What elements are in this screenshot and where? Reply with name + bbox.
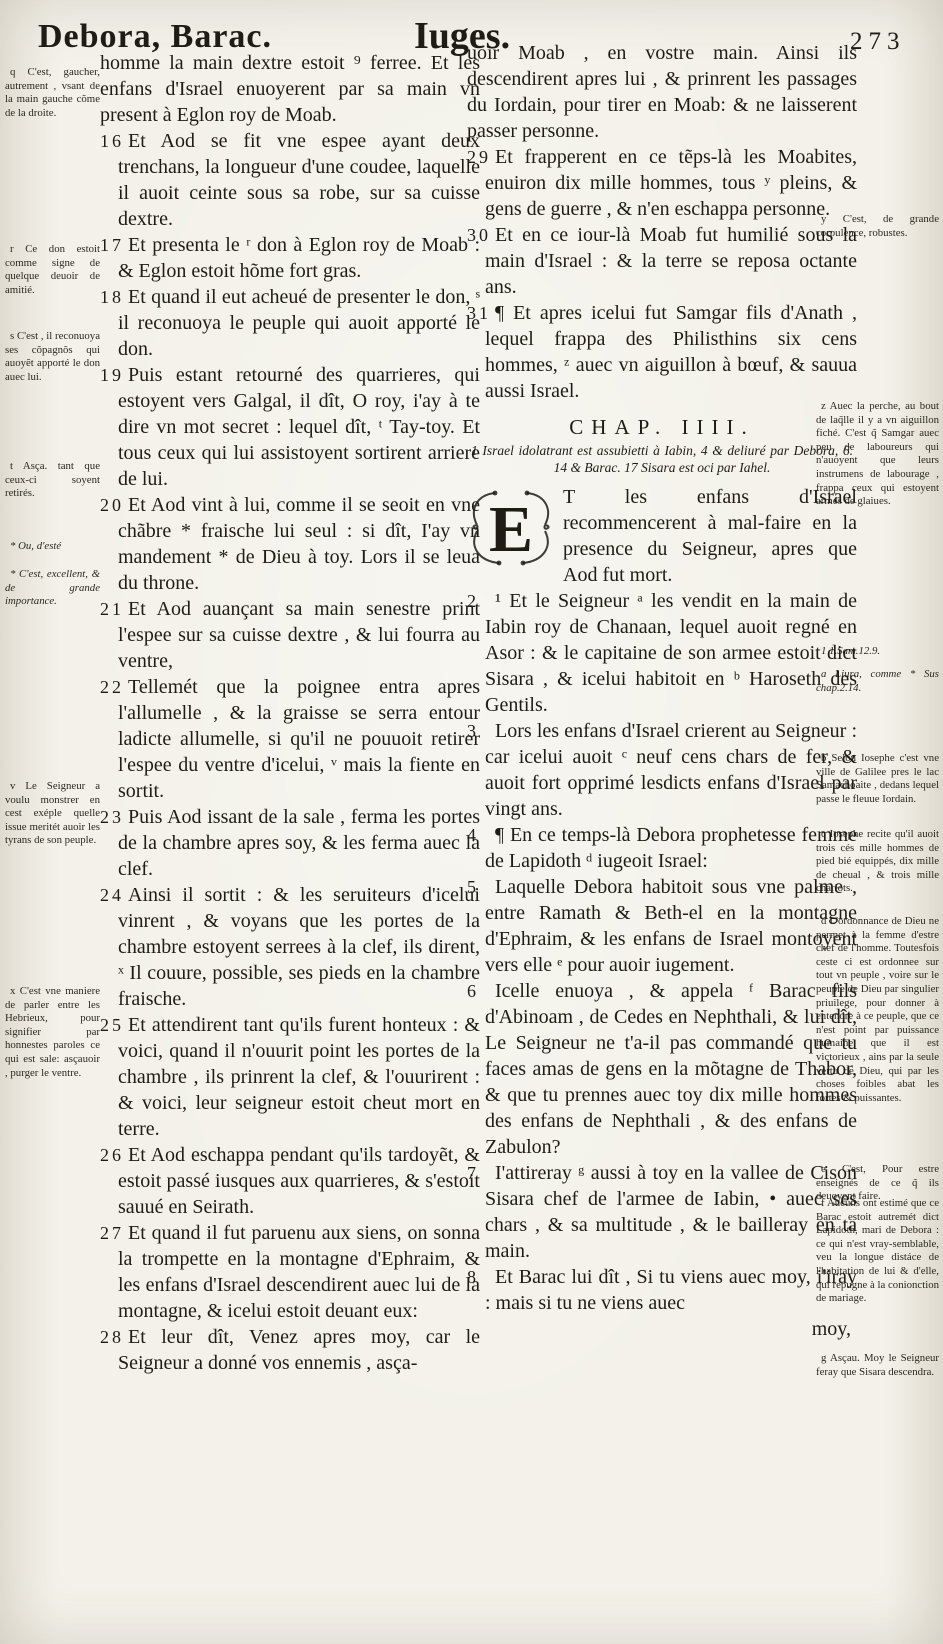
verse-paragraph: 5Laquelle Debora habitoit sous vne palme… bbox=[467, 874, 857, 978]
chapter-heading: CHAP. IIII. bbox=[467, 414, 857, 440]
chapter-argument: 1 Israel idolatrant est assubietti à Iab… bbox=[467, 442, 857, 476]
left-text-column: homme la main dextre estoit ⁹ ferree. Et… bbox=[100, 50, 480, 1376]
verse-text: I'attireray ᵍ aussi à toy en la vallee d… bbox=[485, 1162, 857, 1262]
verse-paragraph: 6Icelle enuoya , & appela ᶠ Barac fils d… bbox=[467, 978, 857, 1160]
margin-note: v Le Seigneur a voulu monstrer en cest e… bbox=[5, 780, 100, 848]
verse-text: Et frapperent en ce tẽps-là les Moabites… bbox=[485, 146, 857, 220]
verse-number: 29 bbox=[467, 144, 495, 170]
verse-paragraph: 31¶ Et apres icelui fut Samgar fils d'An… bbox=[467, 300, 857, 404]
verse-number: 3 bbox=[467, 718, 495, 744]
verse-text: ¹ Et le Seigneur ᵃ les vendit en la main… bbox=[485, 590, 857, 716]
verse-paragraph: 4¶ En ce temps-là Debora prophetesse fem… bbox=[467, 822, 857, 874]
verse-paragraph: 16Et Aod se fit vne espee ayant deux tre… bbox=[100, 128, 480, 232]
verse-number: 2 bbox=[467, 588, 495, 614]
svg-text:E: E bbox=[489, 493, 533, 566]
left-margin-notes: q C'est, gaucher, autrement , vsant de l… bbox=[5, 0, 100, 1644]
margin-note: * C'est, excellent, & de grande importan… bbox=[5, 568, 100, 609]
verse-number: 7 bbox=[467, 1160, 495, 1186]
verse-number: 31 bbox=[467, 300, 495, 326]
verse-paragraph: 23Puis Aod issant de la sale , ferma les… bbox=[100, 804, 480, 882]
verse-number: 25 bbox=[100, 1012, 128, 1038]
verse-paragraph: 24Ainsi il sortit : & les seruiteurs d'i… bbox=[100, 882, 480, 1012]
verse-number: 4 bbox=[467, 822, 495, 848]
verse-text: Ainsi il sortit : & les seruiteurs d'ice… bbox=[118, 884, 480, 1010]
drop-cap-initial: E bbox=[467, 487, 555, 567]
verse-text: Et en ce iour-là Moab fut humilié sous l… bbox=[485, 224, 857, 298]
drop-cap-ornament: E bbox=[467, 487, 555, 567]
verse-text: Puis Aod issant de la sale , ferma les p… bbox=[118, 806, 480, 880]
margin-note: t Asça. tant que ceux-ci soyent retirés. bbox=[5, 460, 100, 501]
verse-number: 18 bbox=[100, 284, 128, 310]
verse-paragraph: 18Et quand il eut acheué de presenter le… bbox=[100, 284, 480, 362]
verse-number: 26 bbox=[100, 1142, 128, 1168]
verse-text: Et leur dît, Venez apres moy, car le Sei… bbox=[118, 1326, 480, 1374]
verse-number: 20 bbox=[100, 492, 128, 518]
verse-text: Et Barac lui dît , Si tu viens auec moy,… bbox=[485, 1266, 857, 1314]
verse-text: Lors les enfans d'Israel crierent au Sei… bbox=[485, 720, 857, 820]
verse-paragraph: 29Et frapperent en ce tẽps-là les Moabit… bbox=[467, 144, 857, 222]
verse-paragraph: 21Et Aod auançant sa main senestre print… bbox=[100, 596, 480, 674]
page: Debora, Barac. Iuges. 273 q C'est, gauch… bbox=[0, 0, 943, 1644]
verse-number: 5 bbox=[467, 874, 495, 900]
verse-text: Et quand il eut acheué de presenter le d… bbox=[118, 286, 480, 360]
margin-note: * Ou, d'esté bbox=[5, 540, 100, 554]
verse-text: Icelle enuoya , & appela ᶠ Barac fils d'… bbox=[485, 980, 857, 1158]
margin-note: g Asçau. Moy le Seigneur feray que Sisar… bbox=[816, 1352, 939, 1379]
margin-note: s C'est , il reconuoya ses cõpagnõs qui … bbox=[5, 330, 100, 384]
verse-number: 22 bbox=[100, 674, 128, 700]
verse-text: Et Aod auançant sa main senestre print l… bbox=[118, 598, 480, 672]
verse-text: Et Aod eschappa pendant qu'ils tardoyẽt,… bbox=[118, 1144, 480, 1218]
verse-text: Puis estant retourné des quarrieres, qui… bbox=[118, 364, 480, 490]
verse-paragraph: uoir Moab , en vostre main. Ainsi ils de… bbox=[467, 40, 857, 144]
verse-paragraph: 26Et Aod eschappa pendant qu'ils tardoyẽ… bbox=[100, 1142, 480, 1220]
verse-paragraph: 28Et leur dît, Venez apres moy, car le S… bbox=[100, 1324, 480, 1376]
verse-number: 30 bbox=[467, 222, 495, 248]
verse-text: Et attendirent tant qu'ils furent honteu… bbox=[118, 1014, 480, 1140]
verse-paragraph: 25Et attendirent tant qu'ils furent hont… bbox=[100, 1012, 480, 1142]
verse-paragraph: 22Tellemét que la poignee entra apres l'… bbox=[100, 674, 480, 804]
verse-paragraph: 19Puis estant retourné des quarrieres, q… bbox=[100, 362, 480, 492]
verse-text: Et presenta le ʳ don à Eglon roy de Moab… bbox=[118, 234, 480, 282]
verse-text: Et Aod vint à lui, comme il se seoit en … bbox=[118, 494, 480, 594]
verse-text: Et Aod se fit vne espee ayant deux trenc… bbox=[118, 130, 480, 230]
verse-number: 17 bbox=[100, 232, 128, 258]
verse-paragraph: 2¹ Et le Seigneur ᵃ les vendit en la mai… bbox=[467, 588, 857, 718]
verse-number: 21 bbox=[100, 596, 128, 622]
verse-text: ¶ Et apres icelui fut Samgar fils d'Anat… bbox=[485, 302, 857, 402]
verse-paragraph: 8Et Barac lui dît , Si tu viens auec moy… bbox=[467, 1264, 857, 1316]
catchword: moy, bbox=[467, 1316, 857, 1342]
verse-text: Tellemét que la poignee entra apres l'al… bbox=[118, 676, 480, 802]
margin-note: x C'est vne maniere de parler entre les … bbox=[5, 985, 100, 1080]
margin-note: q C'est, gaucher, autrement , vsant de l… bbox=[5, 66, 100, 120]
verse-number: 27 bbox=[100, 1220, 128, 1246]
verse-number: 28 bbox=[100, 1324, 128, 1350]
verse-paragraph: 20Et Aod vint à lui, comme il se seoit e… bbox=[100, 492, 480, 596]
verse-number: 16 bbox=[100, 128, 128, 154]
right-text-column: uoir Moab , en vostre main. Ainsi ils de… bbox=[467, 40, 857, 1342]
verse-text: T les enfans d'Israel recommencerent à m… bbox=[563, 486, 857, 586]
verse-paragraph: 17Et presenta le ʳ don à Eglon roy de Mo… bbox=[100, 232, 480, 284]
verse-text: ¶ En ce temps-là Debora prophetesse femm… bbox=[485, 824, 857, 872]
verse-paragraph: 7I'attireray ᵍ aussi à toy en la vallee … bbox=[467, 1160, 857, 1264]
verse-number: 19 bbox=[100, 362, 128, 388]
verse-text: Laquelle Debora habitoit sous vne palme … bbox=[485, 876, 857, 976]
verse-number: 24 bbox=[100, 882, 128, 908]
verse-paragraph: 27Et quand il fut paruenu aux siens, on … bbox=[100, 1220, 480, 1324]
verse-paragraph: 30Et en ce iour-là Moab fut humilié sous… bbox=[467, 222, 857, 300]
verse-paragraph: homme la main dextre estoit ⁹ ferree. Et… bbox=[100, 50, 480, 128]
verse-number: 6 bbox=[467, 978, 495, 1004]
margin-note: r Ce don estoit comme signe de quelque d… bbox=[5, 243, 100, 297]
verse-paragraph: 3Lors les enfans d'Israel crierent au Se… bbox=[467, 718, 857, 822]
verse-number: 8 bbox=[467, 1264, 495, 1290]
verse-number: 23 bbox=[100, 804, 128, 830]
verse-paragraph: E T les enfans d'Israel recommencerent à… bbox=[467, 484, 857, 588]
verse-text: Et quand il fut paruenu aux siens, on so… bbox=[118, 1222, 480, 1322]
